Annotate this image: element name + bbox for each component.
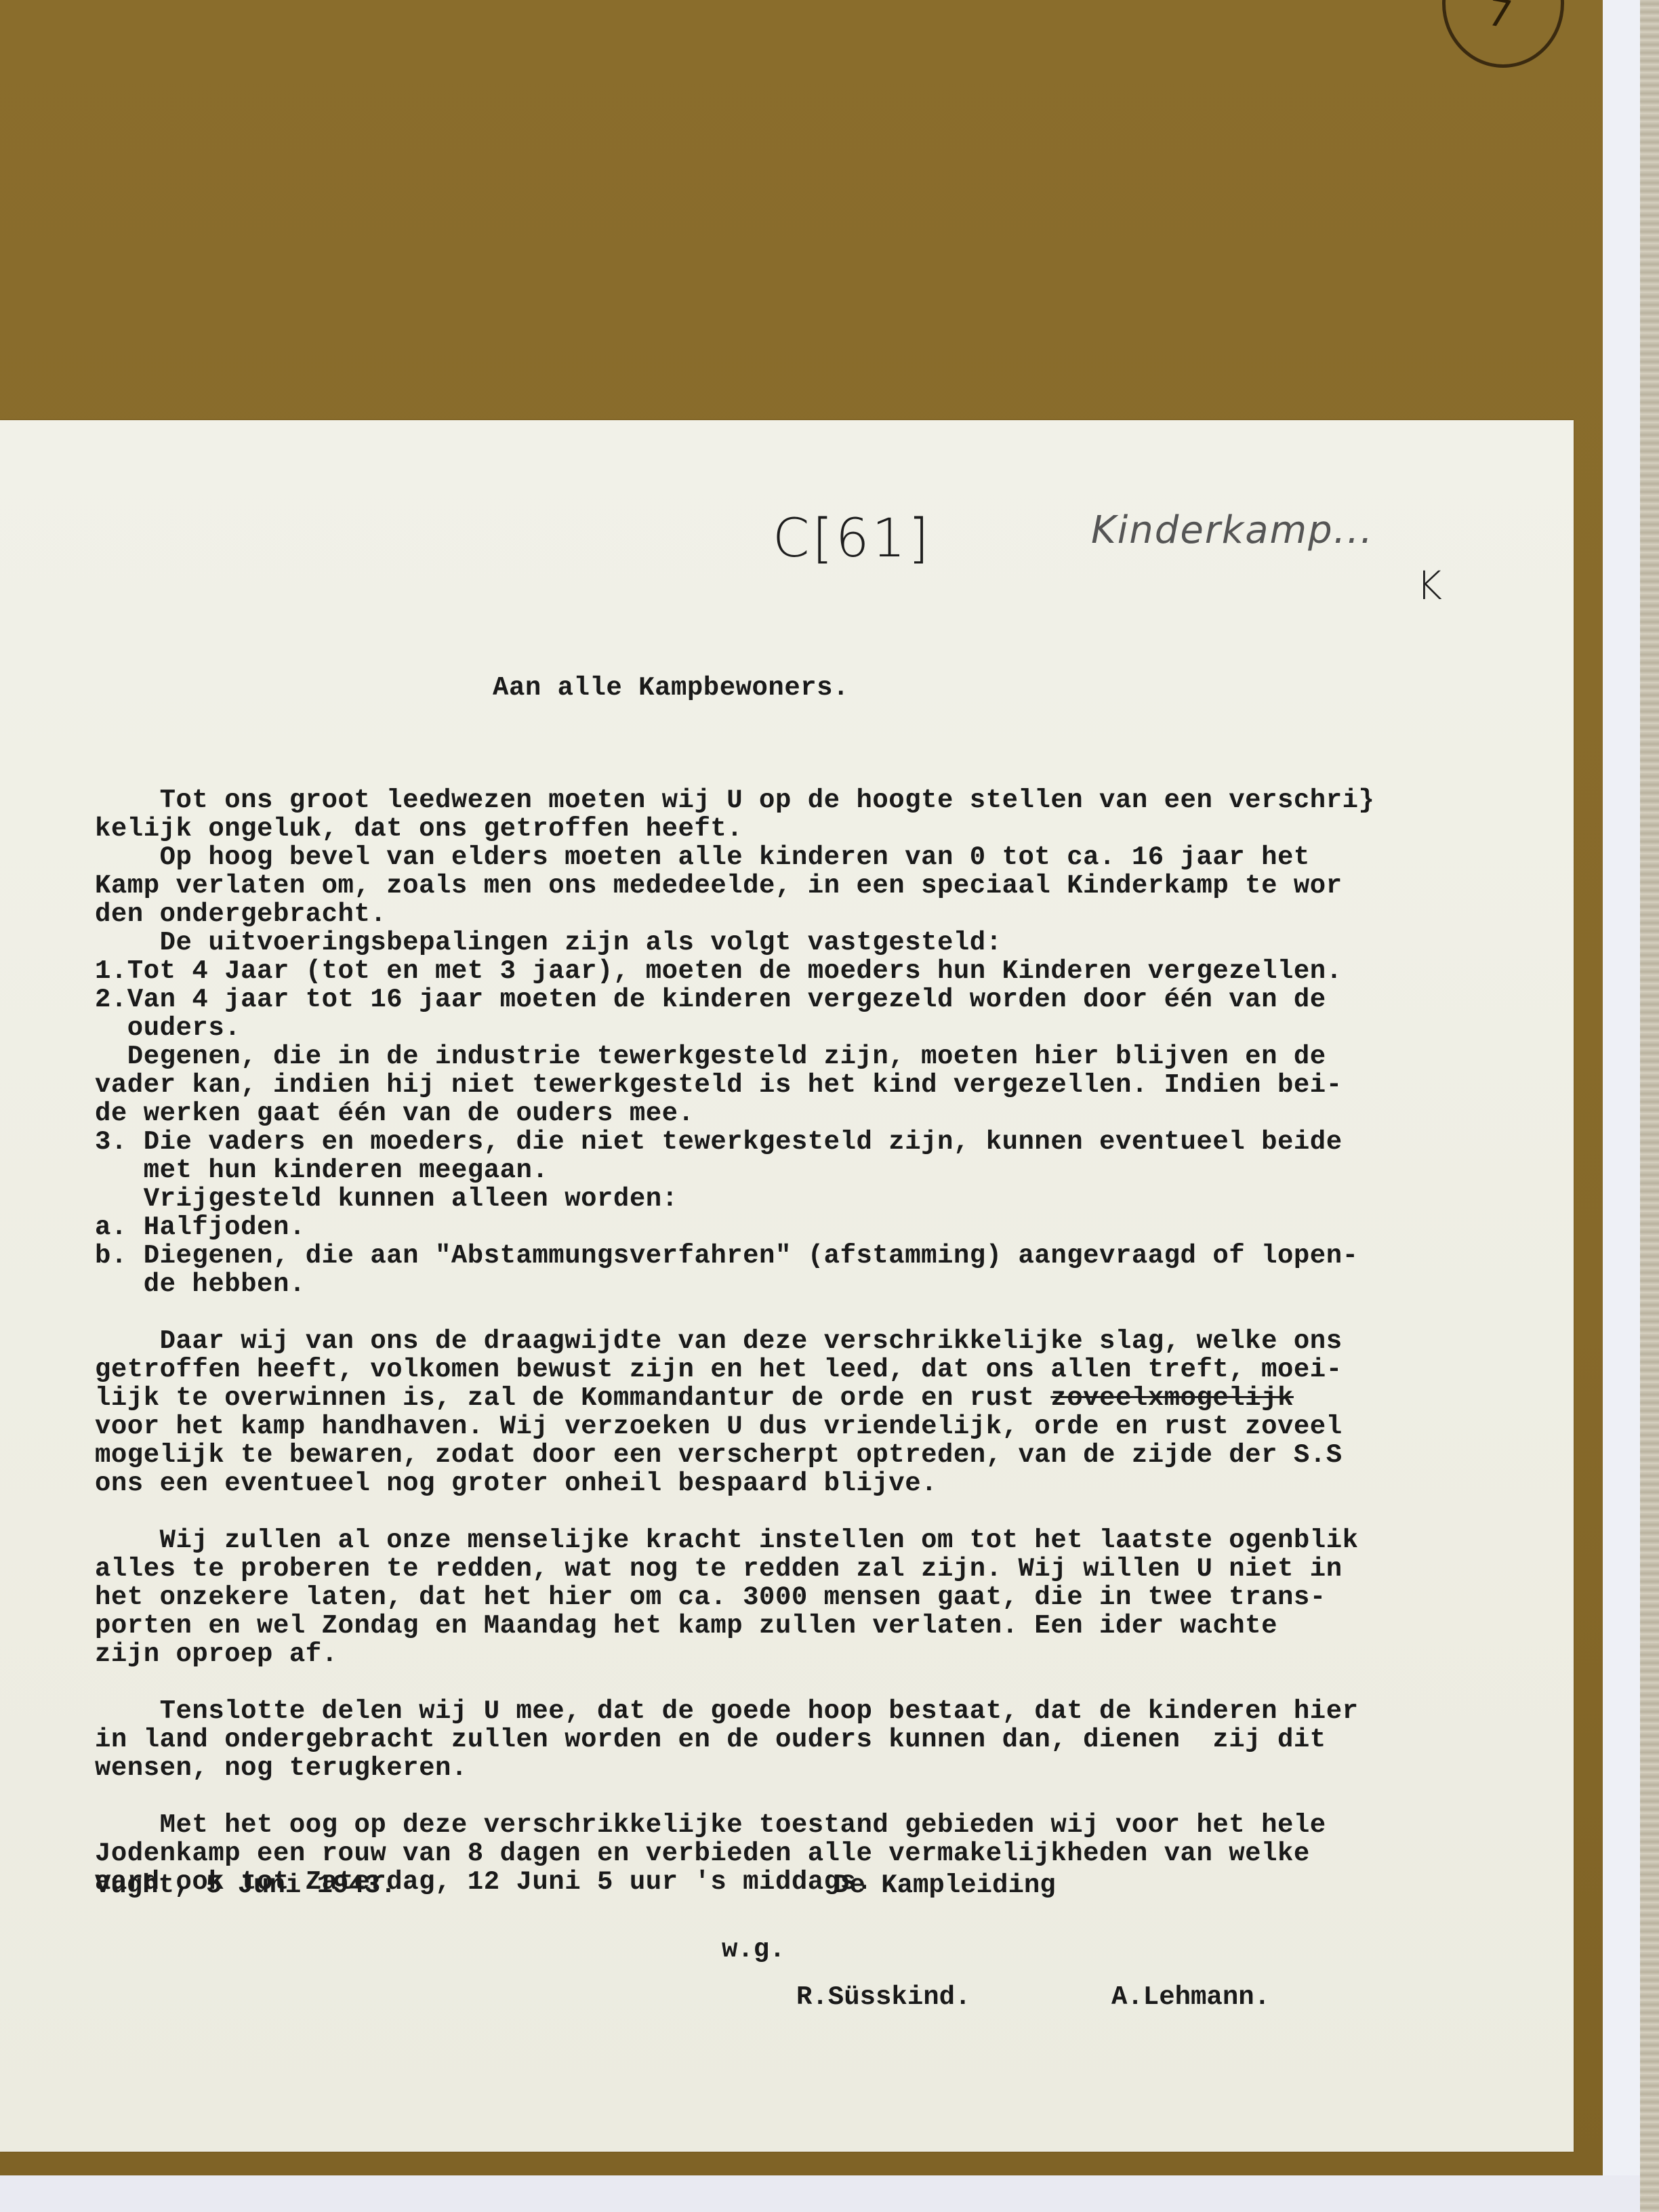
paragraph-gap bbox=[95, 1298, 1491, 1327]
text-line: Daar wij van ons de draagwijdte van deze… bbox=[95, 1327, 1491, 1355]
text-line: mogelijk te bewaren, zodat door een vers… bbox=[95, 1441, 1491, 1469]
text-line: Wij zullen al onze menselijke kracht ins… bbox=[95, 1526, 1491, 1555]
background-surface bbox=[1640, 0, 1659, 2212]
text-line: ouders. bbox=[95, 1014, 1491, 1042]
text-line: getroffen heeft, volkomen bewust zijn en… bbox=[95, 1355, 1491, 1384]
place-date: Vught, 5 Juni 1943. bbox=[95, 1870, 396, 1900]
text-line: 2.Van 4 jaar tot 16 jaar moeten de kinde… bbox=[95, 985, 1491, 1014]
text-line: den ondergebracht. bbox=[95, 900, 1491, 928]
page-edge bbox=[1603, 0, 1640, 2212]
text-line: de werken gaat één van de ouders mee. bbox=[95, 1099, 1491, 1128]
text-line: Op hoog bevel van elders moeten alle kin… bbox=[95, 843, 1491, 872]
signer-name: A.Lehmann. bbox=[1111, 1982, 1270, 2012]
text-line: 1.Tot 4 Jaar (tot en met 3 jaar), moeten… bbox=[95, 957, 1491, 985]
struck-text: zoveelxmogelijk bbox=[1050, 1383, 1294, 1413]
text-line: in land ondergebracht zullen worden en d… bbox=[95, 1725, 1491, 1754]
text-line: Kamp verlaten om, zoals men ons mededeel… bbox=[95, 872, 1491, 900]
text-line: alles te proberen te redden, wat nog te … bbox=[95, 1555, 1491, 1583]
signatory-organization: De Kampleiding bbox=[834, 1870, 1056, 1900]
paragraph-gap bbox=[95, 1498, 1491, 1526]
text-line: het onzekere laten, dat het hier om ca. … bbox=[95, 1583, 1491, 1612]
text-line: de hebben. bbox=[95, 1270, 1491, 1298]
text-line: voor het kamp handhaven. Wij verzoeken U… bbox=[95, 1412, 1491, 1441]
archive-reference: C[61] bbox=[773, 508, 932, 569]
signed-abbreviation: w.g. bbox=[722, 1935, 785, 1965]
text-line: kelijk ongeluk, dat ons getroffen heeft. bbox=[95, 815, 1491, 843]
text-line: Vrijgesteld kunnen alleen worden: bbox=[95, 1185, 1491, 1213]
text-line: 3. Die vaders en moeders, die niet tewer… bbox=[95, 1128, 1491, 1156]
text-line: zijn oproep af. bbox=[95, 1640, 1491, 1668]
text-line: Met het oog op deze verschrikkelijke toe… bbox=[95, 1811, 1491, 1839]
text-line: wensen, nog terugkeren. bbox=[95, 1754, 1491, 1782]
text-line: vader kan, indien hij niet tewerkgesteld… bbox=[95, 1071, 1491, 1099]
document-body: Aan alle Kampbewoners. Tot ons groot lee… bbox=[95, 617, 1491, 1953]
text-line: Jodenkamp een rouw van 8 dagen en verbie… bbox=[95, 1839, 1491, 1868]
body-lines: Tot ons groot leedwezen moeten wij U op … bbox=[95, 786, 1491, 1896]
handwritten-note: Kinderkamp... bbox=[1091, 508, 1374, 552]
text-line: porten en wel Zondag en Maandag het kamp… bbox=[95, 1612, 1491, 1640]
typed-document-sheet: C[61] Kinderkamp... K Aan alle Kampbewon… bbox=[0, 420, 1574, 2152]
text-line: lijk te overwinnen is, zal de Kommandant… bbox=[95, 1384, 1491, 1412]
text-line: b. Diegenen, die aan "Abstammungsverfahr… bbox=[95, 1242, 1491, 1270]
document-title: Aan alle Kampbewoners. bbox=[95, 674, 1247, 702]
text-line: met hun kinderen meegaan. bbox=[95, 1156, 1491, 1185]
page-edge-bottom bbox=[0, 2175, 1640, 2212]
text-line: Degenen, die in de industrie tewerkgeste… bbox=[95, 1042, 1491, 1071]
text-line: a. Halfjoden. bbox=[95, 1213, 1491, 1242]
paragraph-gap bbox=[95, 1668, 1491, 1697]
paragraph-gap bbox=[95, 1782, 1491, 1811]
signer-name: R.Süsskind. bbox=[796, 1982, 970, 2012]
text-line: ons een eventueel nog groter onheil besp… bbox=[95, 1469, 1491, 1498]
text-line: Tenslotte delen wij U mee, dat de goede … bbox=[95, 1697, 1491, 1725]
handwritten-letter: K bbox=[1416, 562, 1442, 609]
text-line: De uitvoeringsbepalingen zijn als volgt … bbox=[95, 928, 1491, 957]
text-line: Tot ons groot leedwezen moeten wij U op … bbox=[95, 786, 1491, 815]
